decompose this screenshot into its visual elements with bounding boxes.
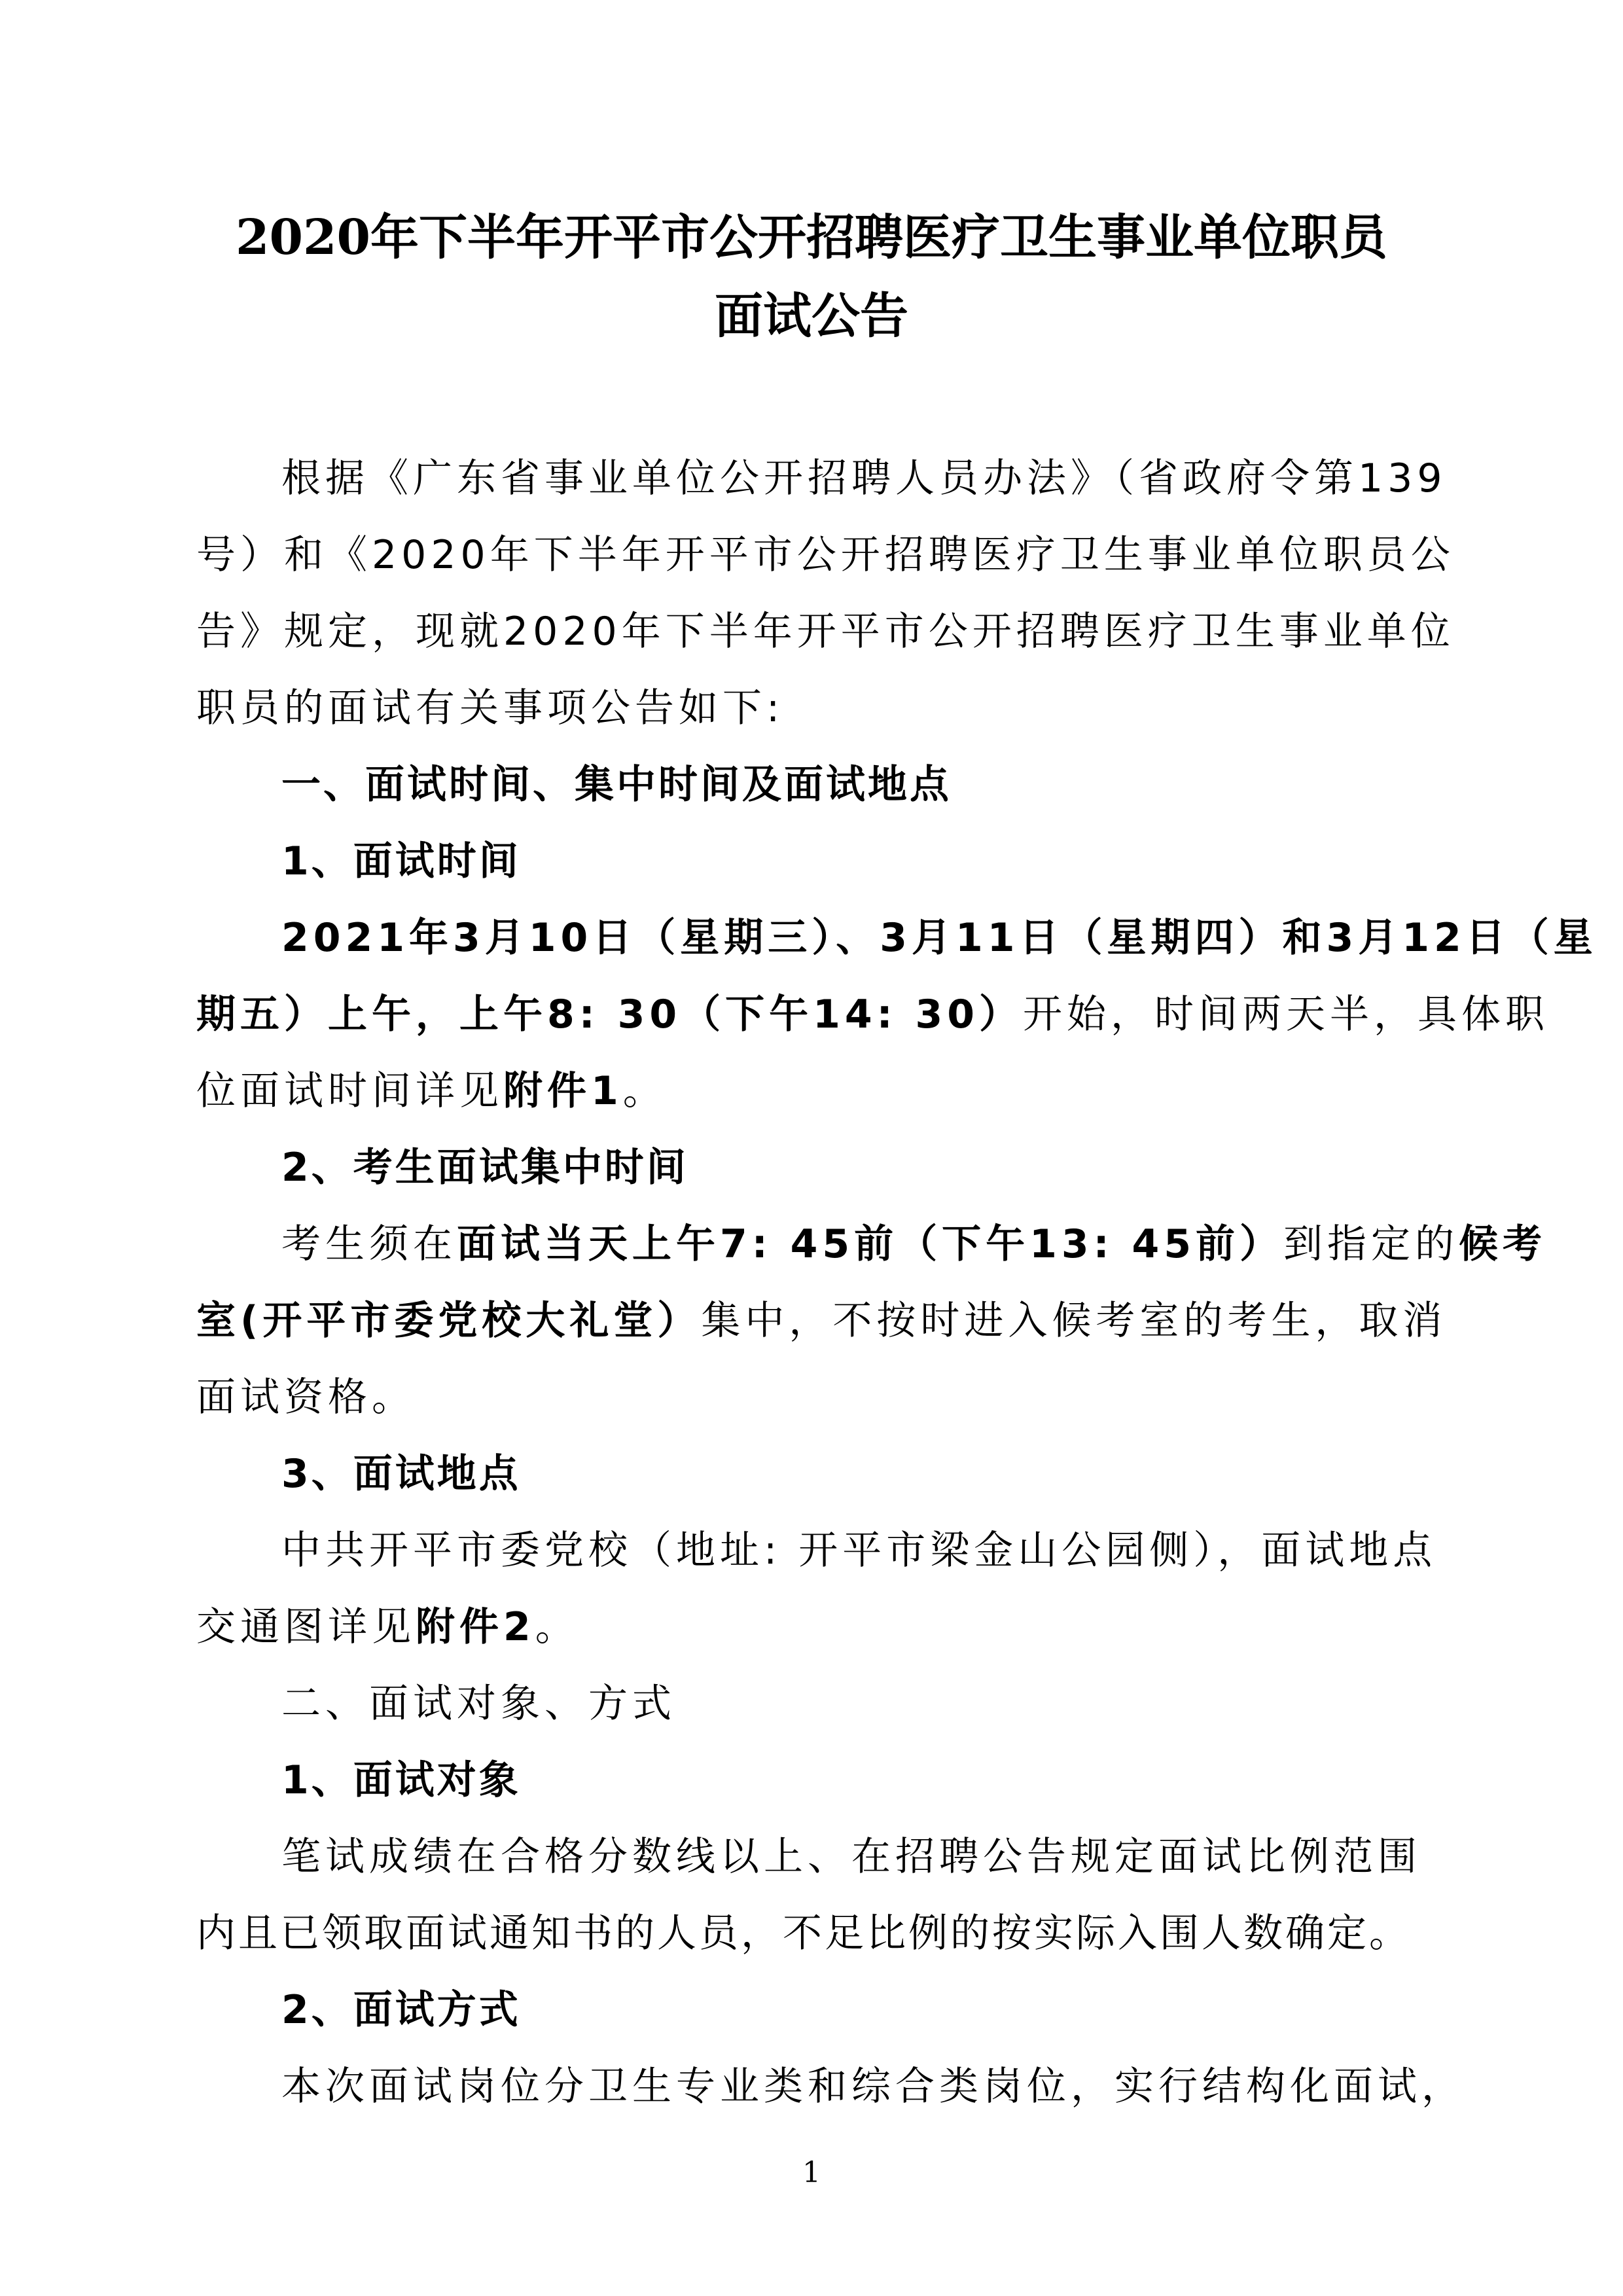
section1-sub1-heading: 1、面试时间 <box>281 823 1433 900</box>
candidates-line-1: 笔试成绩在合格分数线以上、在招聘公告规定面试比例范围 <box>281 1819 1433 1895</box>
interview-dates-line-1: 2021年3月10日（星期三）、3月11日（星期四）和3月12日（星 <box>281 900 1433 977</box>
attachment-1-ref: 附件1 <box>503 1068 623 1114</box>
document-page: 2020年下半年开平市公开招聘医疗卫生事业单位职员 面试公告 根据《广东省事业单… <box>0 0 1623 2296</box>
map-ref-prefix: 交通图详见 <box>196 1604 416 1650</box>
intro-line-2: 号）和《2020年下半年开平市公开招聘医疗卫生事业单位职员公 <box>196 517 1433 594</box>
intro-line-3: 告》规定，现就2020年下半年开平市公开招聘医疗卫生事业单位 <box>196 594 1433 670</box>
section2-heading: 二、面试对象、方式 <box>281 1666 1433 1742</box>
intro-line-4: 职员的面试有关事项公告如下: <box>196 670 1433 747</box>
attachment-ref-prefix: 位面试时间详见 <box>196 1068 503 1114</box>
document-title-line1: 2020年下半年开平市公开招聘医疗卫生事业单位职员 <box>196 208 1427 267</box>
section1-sub2-heading: 2、考生面试集中时间 <box>281 1130 1433 1206</box>
interview-times-bold: 期五）上午，上午8: 30（下午14: 30） <box>196 992 1023 1037</box>
document-title-line2: 面试公告 <box>196 287 1427 346</box>
gathering-line-2: 室(开平市委党校大礼堂）集中，不按时进入候考室的考生，取消 <box>196 1283 1433 1359</box>
waiting-room-location-bold: 室(开平市委党校大礼堂） <box>196 1298 701 1344</box>
map-ref-suffix: 。 <box>535 1604 579 1650</box>
interview-dates-line-3: 位面试时间详见附件1。 <box>196 1053 1433 1130</box>
gathering-line-1: 考生须在面试当天上午7: 45前（下午13: 45前）到指定的候考 <box>281 1206 1433 1283</box>
section2-sub2-heading: 2、面试方式 <box>281 1972 1433 2049</box>
gathering-mid: 到指定的 <box>1283 1221 1459 1267</box>
section2-sub1-heading: 1、面试对象 <box>281 1742 1433 1819</box>
gathering-line-3: 面试资格。 <box>196 1359 1433 1436</box>
waiting-room-bold: 候考 <box>1459 1221 1546 1267</box>
interview-times-rest: 开始，时间两天半，具体职 <box>1023 992 1549 1037</box>
section1-heading: 一、面试时间、集中时间及面试地点 <box>281 747 1433 823</box>
gathering-prefix: 考生须在 <box>281 1221 457 1267</box>
attachment-2-ref: 附件2 <box>416 1604 535 1650</box>
method-line-1: 本次面试岗位分卫生专业类和综合类岗位，实行结构化面试， <box>281 2049 1433 2125</box>
interview-dates-line-2: 期五）上午，上午8: 30（下午14: 30）开始，时间两天半，具体职 <box>196 977 1433 1053</box>
section1-sub3-heading: 3、面试地点 <box>281 1436 1433 1513</box>
attachment-ref-suffix: 。 <box>623 1068 667 1114</box>
intro-line-1: 根据《广东省事业单位公开招聘人员办法》（省政府令第139 <box>281 440 1433 517</box>
gathering-time-bold: 面试当天上午7: 45前（下午13: 45前） <box>457 1221 1283 1267</box>
location-line-1: 中共开平市委党校（地址: 开平市梁金山公园侧），面试地点 <box>281 1513 1433 1589</box>
candidates-line-2: 内且已领取面试通知书的人员，不足比例的按实际入围人数确定。 <box>196 1895 1433 1972</box>
location-line-2: 交通图详见附件2。 <box>196 1589 1433 1666</box>
page-number: 1 <box>0 2153 1623 2193</box>
gathering-rest: 集中，不按时进入候考室的考生，取消 <box>701 1298 1446 1344</box>
